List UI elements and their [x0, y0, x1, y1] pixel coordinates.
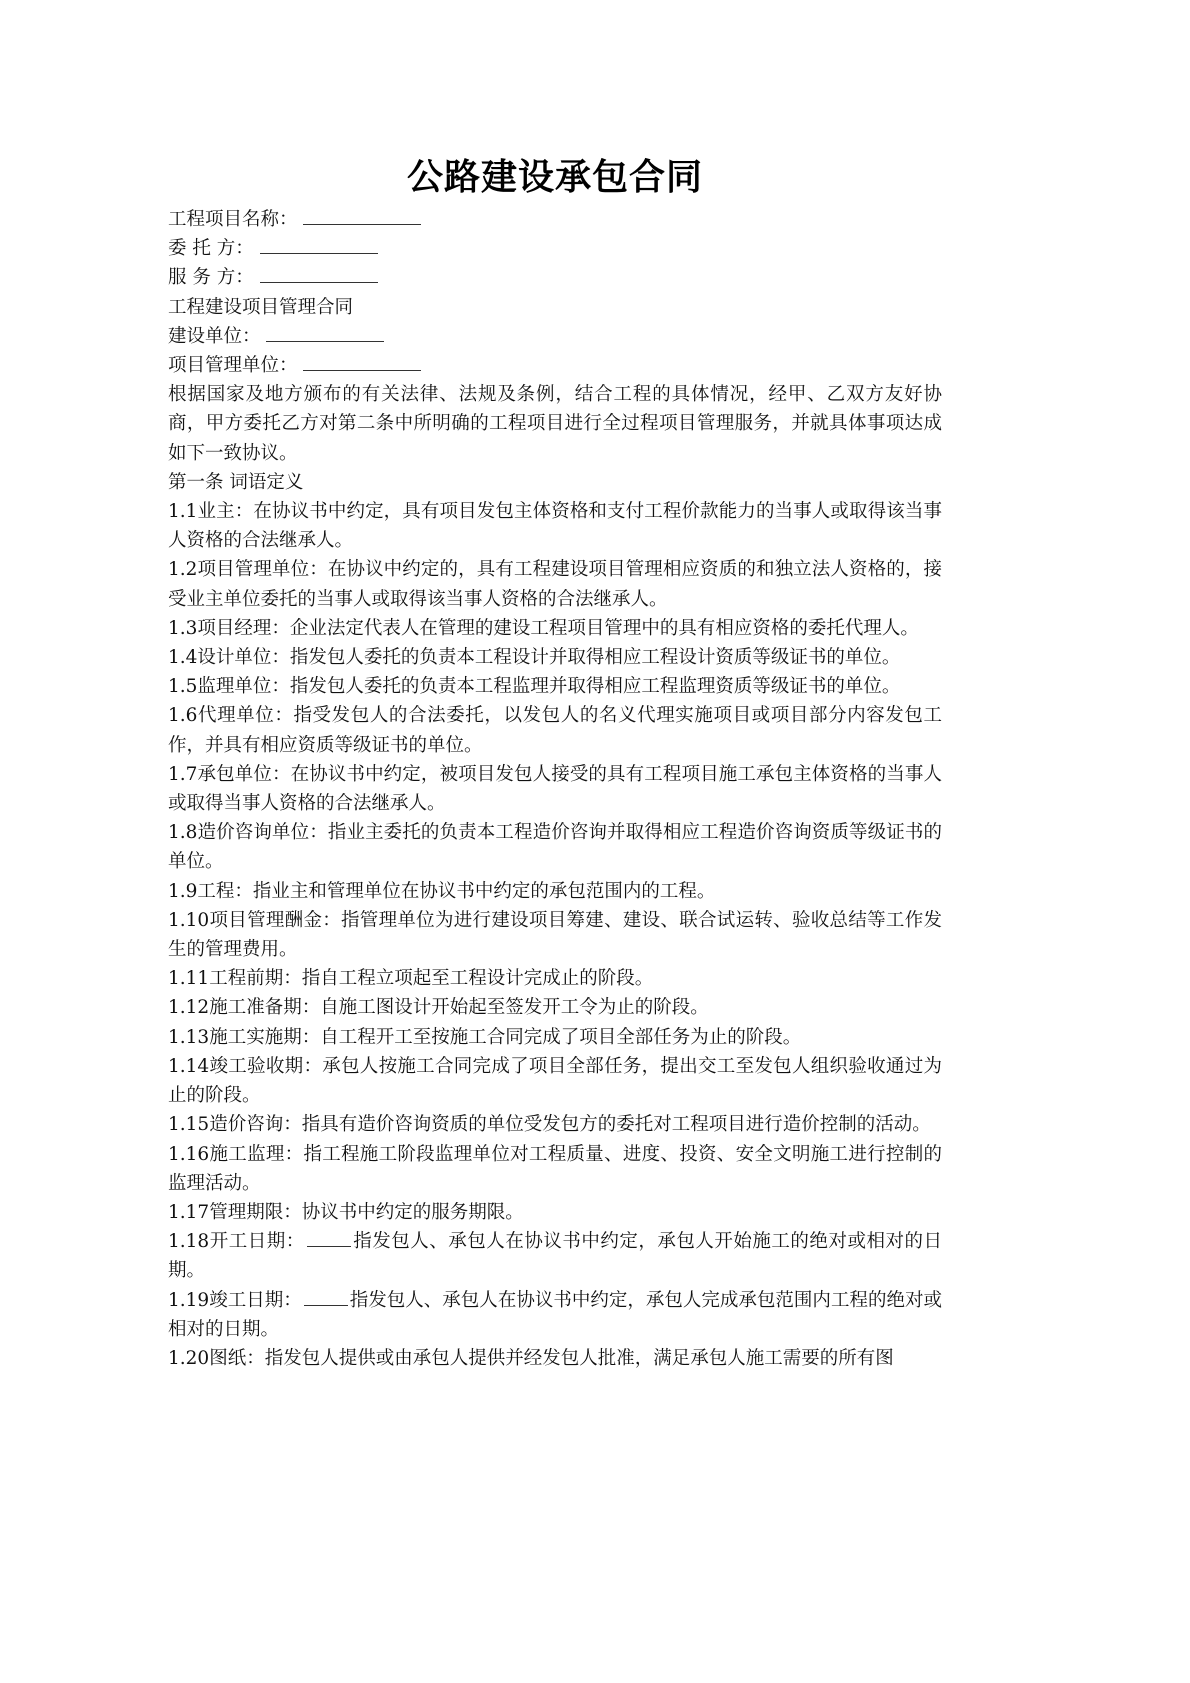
clause-text: 施工实施期：自工程开工至按施工合同完成了项目全部任务为止的阶段。	[209, 1027, 801, 1048]
clause-label: 竣工日期：	[209, 1290, 302, 1311]
definition-1-6: 1.6代理单位：指受发包人的合法委托，以发包人的名义代理实施项目或项目部分内容发…	[168, 701, 942, 759]
clause-text: 业主：在协议书中约定，具有项目发包主体资格和支付工程价款能力的当事人或取得该当事…	[168, 501, 942, 551]
clause-text: 项目管理酬金：指管理单位为进行建设项目筹建、建设、联合试运转、验收总结等工作发生…	[168, 910, 942, 960]
clause-text: 图纸：指发包人提供或由承包人提供并经发包人批准，满足承包人施工需要的所有图	[209, 1348, 894, 1369]
clause-number: 1.5	[168, 676, 197, 697]
definition-1-11: 1.11工程前期：指自工程立项起至工程设计完成止的阶段。	[168, 964, 942, 993]
definition-1-13: 1.13施工实施期：自工程开工至按施工合同完成了项目全部任务为止的阶段。	[168, 1023, 942, 1052]
clause-number: 1.4	[168, 647, 197, 668]
article-1-heading: 第一条 词语定义	[168, 468, 942, 497]
clause-text: 管理期限：协议书中约定的服务期限。	[209, 1202, 524, 1223]
blank-client[interactable]	[260, 235, 378, 254]
definition-1-9: 1.9工程：指业主和管理单位在协议书中约定的承包范围内的工程。	[168, 877, 942, 906]
clause-text: 工程前期：指自工程立项起至工程设计完成止的阶段。	[209, 968, 653, 989]
clause-number: 1.2	[168, 559, 197, 580]
clause-text: 施工监理：指工程施工阶段监理单位对工程质量、进度、投资、安全文明施工进行控制的监…	[168, 1144, 942, 1194]
clause-number: 1.15	[168, 1114, 209, 1135]
field-label: 项目管理单位：	[168, 355, 298, 376]
definition-1-14: 1.14竣工验收期：承包人按施工合同完成了项目全部任务，提出交工至发包人组织验收…	[168, 1052, 942, 1110]
clause-text: 竣工验收期：承包人按施工合同完成了项目全部任务，提出交工至发包人组织验收通过为止…	[168, 1056, 942, 1106]
clause-number: 1.13	[168, 1027, 209, 1048]
document-title: 公路建设承包合同	[168, 150, 942, 206]
definition-1-17: 1.17管理期限：协议书中约定的服务期限。	[168, 1198, 942, 1227]
field-label: 工程项目名称：	[168, 209, 298, 230]
definition-1-1: 1.1业主：在协议书中约定，具有项目发包主体资格和支付工程价款能力的当事人或取得…	[168, 497, 942, 555]
definition-1-3: 1.3项目经理：企业法定代表人在管理的建设工程项目管理中的具有相应资格的委托代理…	[168, 614, 942, 643]
clause-number: 1.14	[168, 1056, 209, 1077]
clause-number: 1.16	[168, 1144, 209, 1165]
blank-pm-unit[interactable]	[303, 352, 421, 371]
definition-1-19: 1.19竣工日期：指发包人、承包人在协议书中约定，承包人完成承包范围内工程的绝对…	[168, 1286, 942, 1344]
subtitle: 工程建设项目管理合同	[168, 293, 942, 322]
field-label: 服 务 方：	[168, 267, 254, 288]
clause-text: 施工准备期：自施工图设计开始起至签发开工令为止的阶段。	[209, 997, 709, 1018]
definition-1-15: 1.15造价咨询：指具有造价咨询资质的单位受发包方的委托对工程项目进行造价控制的…	[168, 1110, 942, 1139]
clause-number: 1.1	[168, 501, 197, 522]
clause-number: 1.19	[168, 1290, 209, 1311]
field-client: 委 托 方：	[168, 234, 942, 263]
clause-number: 1.7	[168, 764, 197, 785]
definition-1-12: 1.12施工准备期：自施工图设计开始起至签发开工令为止的阶段。	[168, 993, 942, 1022]
blank-project-name[interactable]	[303, 206, 421, 225]
clause-number: 1.12	[168, 997, 209, 1018]
clause-number: 1.3	[168, 618, 197, 639]
field-pm-unit: 项目管理单位：	[168, 351, 942, 380]
blank-completion-date[interactable]	[304, 1287, 348, 1306]
clause-number: 1.6	[168, 705, 197, 726]
blank-construction-unit[interactable]	[266, 323, 384, 342]
definition-1-4: 1.4设计单位：指发包人委托的负责本工程设计并取得相应工程设计资质等级证书的单位…	[168, 643, 942, 672]
field-construction-unit: 建设单位：	[168, 322, 942, 351]
clause-text: 承包单位：在协议书中约定，被项目发包人接受的具有工程项目施工承包主体资格的当事人…	[168, 764, 942, 814]
clause-text: 代理单位：指受发包人的合法委托，以发包人的名义代理实施项目或项目部分内容发包工作…	[168, 705, 942, 755]
definition-1-10: 1.10项目管理酬金：指管理单位为进行建设项目筹建、建设、联合试运转、验收总结等…	[168, 906, 942, 964]
clause-text: 设计单位：指发包人委托的负责本工程设计并取得相应工程设计资质等级证书的单位。	[197, 647, 900, 668]
definition-1-2: 1.2项目管理单位：在协议中约定的，具有工程建设项目管理相应资质的和独立法人资格…	[168, 555, 942, 613]
clause-text: 项目经理：企业法定代表人在管理的建设工程项目管理中的具有相应资格的委托代理人。	[197, 618, 919, 639]
clause-text: 监理单位：指发包人委托的负责本工程监理并取得相应工程监理资质等级证书的单位。	[197, 676, 900, 697]
definition-1-7: 1.7承包单位：在协议书中约定，被项目发包人接受的具有工程项目施工承包主体资格的…	[168, 760, 942, 818]
document-body: 工程项目名称： 委 托 方： 服 务 方： 工程建设项目管理合同 建设单位： 项…	[168, 205, 942, 1373]
clause-number: 1.9	[168, 881, 197, 902]
clause-number: 1.20	[168, 1348, 209, 1369]
clause-number: 1.8	[168, 822, 197, 843]
clause-text: 项目管理单位：在协议中约定的，具有工程建设项目管理相应资质的和独立法人资格的，接…	[168, 559, 942, 609]
field-label: 建设单位：	[168, 326, 261, 347]
clause-number: 1.17	[168, 1202, 209, 1223]
clause-text: 造价咨询：指具有造价咨询资质的单位受发包方的委托对工程项目进行造价控制的活动。	[209, 1114, 931, 1135]
clause-number: 1.11	[168, 968, 209, 989]
definition-1-5: 1.5监理单位：指发包人委托的负责本工程监理并取得相应工程监理资质等级证书的单位…	[168, 672, 942, 701]
field-project-name: 工程项目名称：	[168, 205, 942, 234]
clause-label: 开工日期：	[209, 1231, 305, 1252]
blank-service-provider[interactable]	[260, 264, 378, 283]
preamble: 根据国家及地方颁布的有关法律、法规及条例，结合工程的具体情况，经甲、乙双方友好协…	[168, 380, 942, 468]
clause-text: 造价咨询单位：指业主委托的负责本工程造价咨询并取得相应工程造价咨询资质等级证书的…	[168, 822, 942, 872]
definition-1-18: 1.18开工日期：指发包人、承包人在协议书中约定，承包人开始施工的绝对或相对的日…	[168, 1227, 942, 1285]
clause-text: 工程：指业主和管理单位在协议书中约定的承包范围内的工程。	[197, 881, 715, 902]
definition-1-16: 1.16施工监理：指工程施工阶段监理单位对工程质量、进度、投资、安全文明施工进行…	[168, 1140, 942, 1198]
field-service-provider: 服 务 方：	[168, 263, 942, 292]
definition-1-8: 1.8造价咨询单位：指业主委托的负责本工程造价咨询并取得相应工程造价咨询资质等级…	[168, 818, 942, 876]
clause-number: 1.10	[168, 910, 209, 931]
definition-1-20: 1.20图纸：指发包人提供或由承包人提供并经发包人批准，满足承包人施工需要的所有…	[168, 1344, 942, 1373]
blank-start-date[interactable]	[307, 1228, 351, 1247]
field-label: 委 托 方：	[168, 238, 254, 259]
clause-number: 1.18	[168, 1231, 209, 1252]
